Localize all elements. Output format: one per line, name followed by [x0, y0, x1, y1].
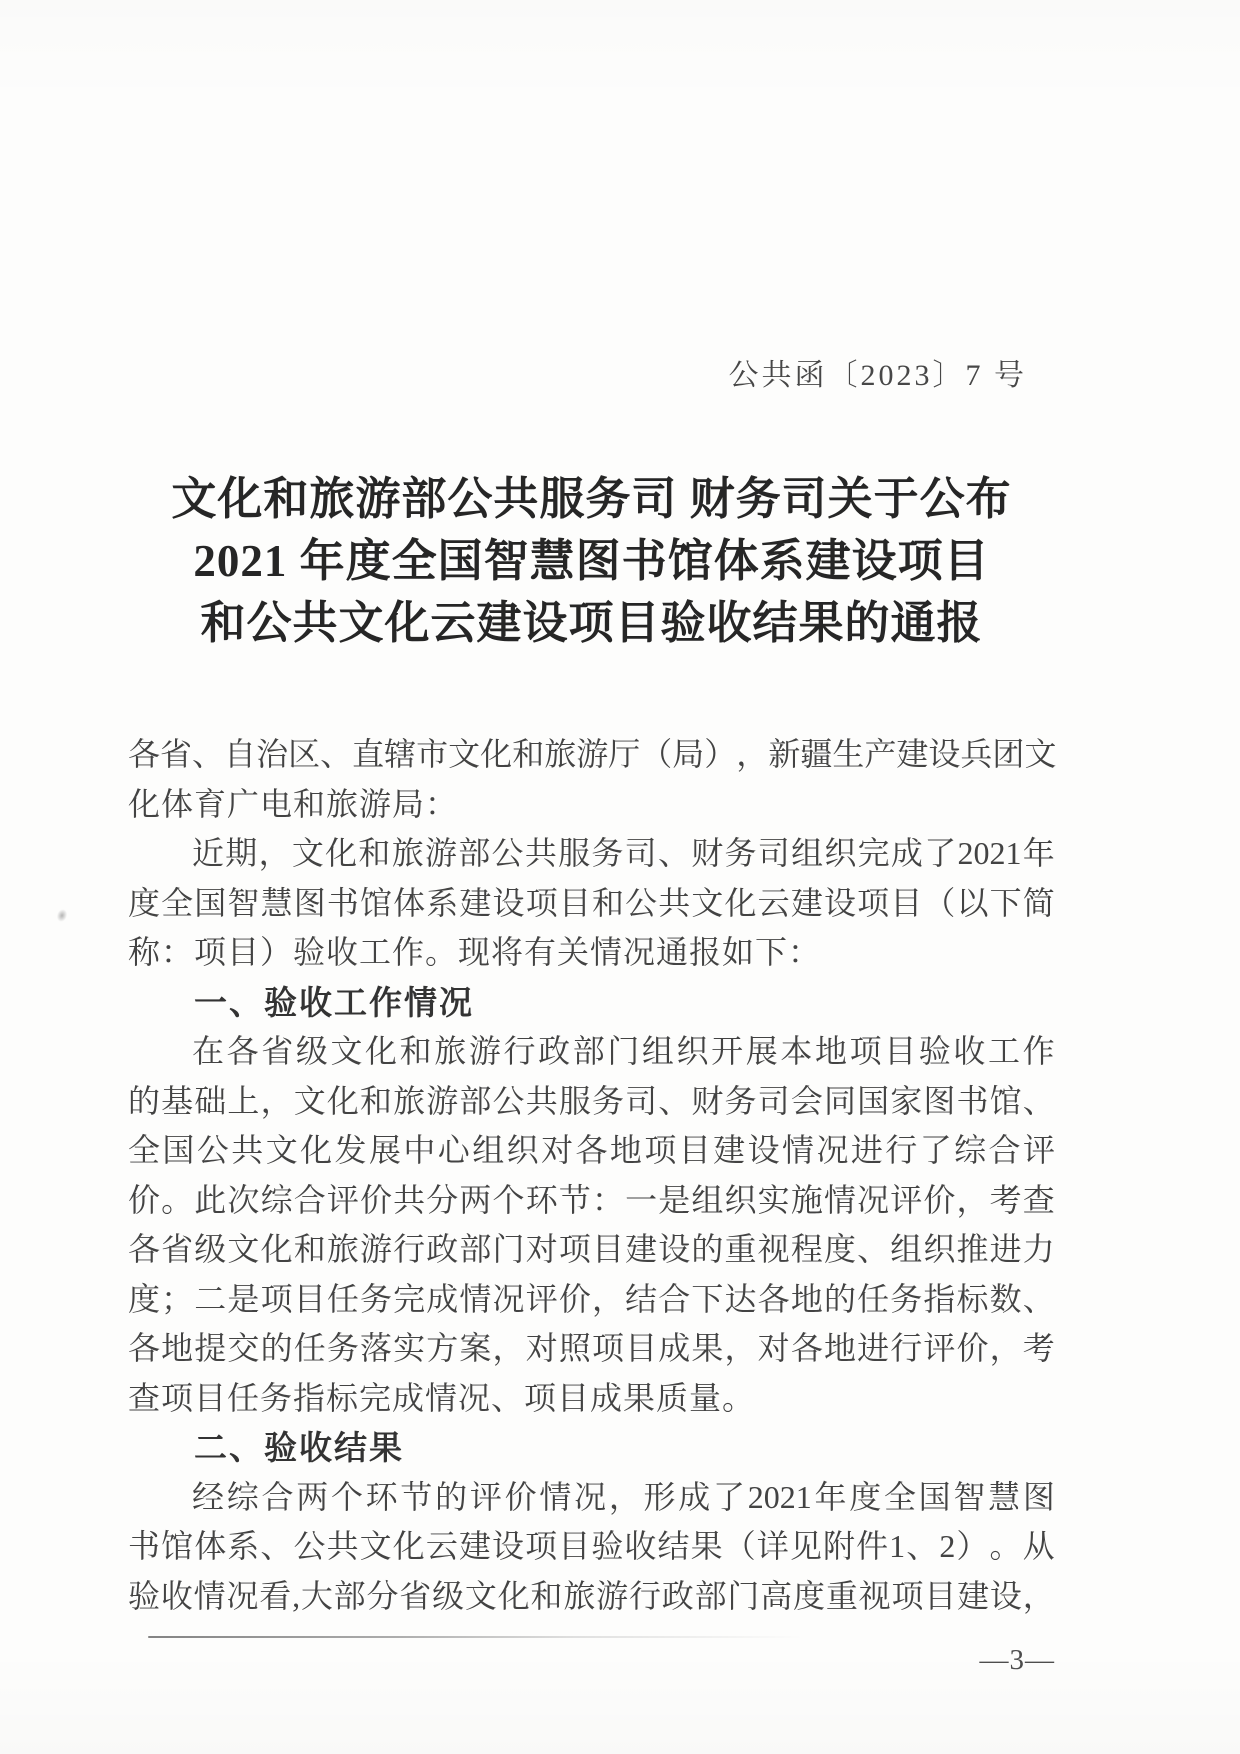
body-line: 在各省级文化和旅游行政部门组织开展本地项目验收工作 — [128, 1027, 1055, 1077]
title-line-3: 和公共文化云建设项目验收结果的通报 — [128, 592, 1055, 654]
body-line: 各省、自治区、直辖市文化和旅游厅（局），新疆生产建设兵团文 — [128, 730, 1055, 780]
body-line: 近期，文化和旅游部公共服务司、财务司组织完成了2021年 — [128, 829, 1055, 879]
body-line: 各省级文化和旅游行政部门对项目建设的重视程度、组织推进力 — [128, 1225, 1055, 1275]
body-line: 称：项目）验收工作。现将有关情况通报如下： — [128, 928, 1055, 978]
title-line-2: 2021 年度全国智慧图书馆体系建设项目 — [128, 530, 1055, 592]
document-body: 各省、自治区、直辖市文化和旅游厅（局），新疆生产建设兵团文化体育广电和旅游局：近… — [128, 730, 1055, 1621]
scan-artifact-speck — [55, 908, 69, 924]
footer-separator-line — [148, 1636, 860, 1638]
body-line: 查项目任务指标完成情况、项目成果质量。 — [128, 1374, 1055, 1424]
title-line-1: 文化和旅游部公共服务司 财务司关于公布 — [128, 468, 1055, 530]
body-line: 度全国智慧图书馆体系建设项目和公共文化云建设项目（以下简 — [128, 879, 1055, 929]
body-line: 化体育广电和旅游局： — [128, 780, 1055, 830]
section-heading: 一、验收工作情况 — [128, 978, 1055, 1028]
body-line: 各地提交的任务落实方案，对照项目成果，对各地进行评价，考 — [128, 1324, 1055, 1374]
body-line: 的基础上，文化和旅游部公共服务司、财务司会同国家图书馆、 — [128, 1077, 1055, 1127]
document-reference-number: 公共函〔2023〕7 号 — [128, 350, 1055, 394]
page-number: —3— — [128, 1644, 1055, 1677]
body-line: 经综合两个环节的评价情况，形成了2021年度全国智慧图 — [128, 1473, 1055, 1523]
content-column: 公共函〔2023〕7 号 文化和旅游部公共服务司 财务司关于公布 2021 年度… — [128, 0, 1055, 1754]
body-line: 价。此次综合评价共分两个环节：一是组织实施情况评价，考查 — [128, 1176, 1055, 1226]
document-title: 文化和旅游部公共服务司 财务司关于公布 2021 年度全国智慧图书馆体系建设项目… — [128, 468, 1055, 654]
section-heading: 二、验收结果 — [128, 1423, 1055, 1473]
body-line: 书馆体系、公共文化云建设项目验收结果（详见附件1、2）。从 — [128, 1522, 1055, 1572]
scanned-document-page: 公共函〔2023〕7 号 文化和旅游部公共服务司 财务司关于公布 2021 年度… — [0, 0, 1240, 1754]
body-line: 度；二是项目任务完成情况评价，结合下达各地的任务指标数、 — [128, 1275, 1055, 1325]
body-line: 全国公共文化发展中心组织对各地项目建设情况进行了综合评 — [128, 1126, 1055, 1176]
body-line: 验收情况看,大部分省级文化和旅游行政部门高度重视项目建设， — [128, 1572, 1055, 1622]
